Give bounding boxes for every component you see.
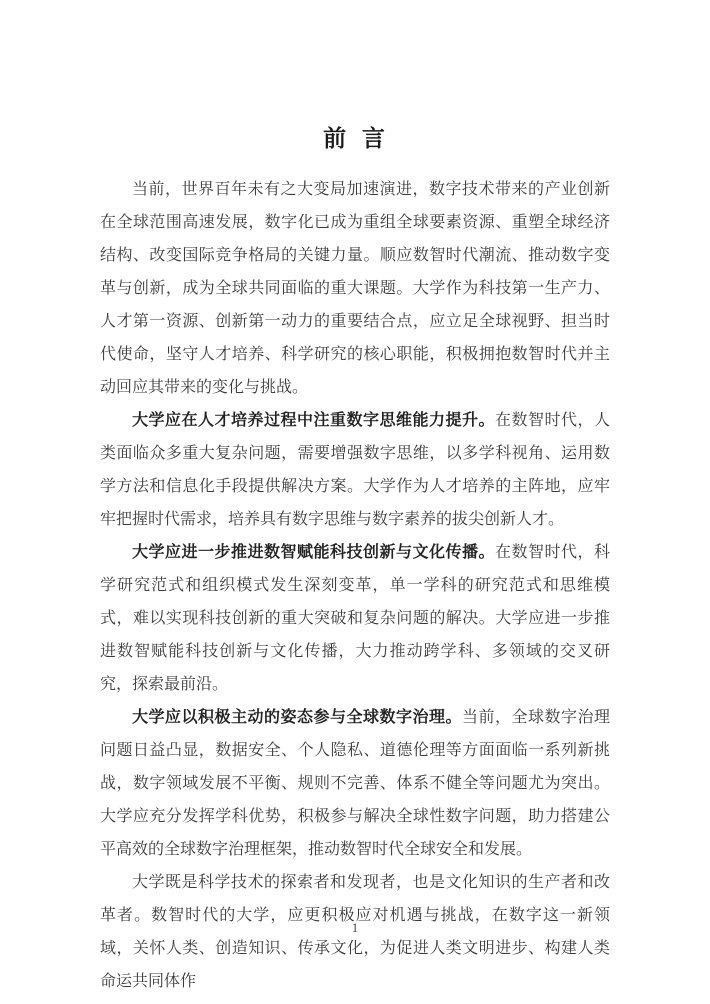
paragraph: 大学应在人才培养过程中注重数字思维能力提升。在数智时代，人类面临众多重大复杂问题… <box>100 404 610 536</box>
paragraph-lead: 大学应在人才培养过程中注重数字思维能力提升。 <box>132 412 495 429</box>
paragraph-text: 在数智时代，科学研究范式和组织模式发生深刻变革，单一学科的研究范式和思维模式，难… <box>100 544 610 693</box>
paragraph-text: 当前，全球数字治理问题日益凸显，数据安全、个人隐私、道德伦理等方面面临一系列新挑… <box>100 709 610 858</box>
paragraph: 当前，世界百年未有之大变局加速演进，数字技术带来的产业创新在全球范围高速发展，数… <box>100 173 610 404</box>
document-body: 当前，世界百年未有之大变局加速演进，数字技术带来的产业创新在全球范围高速发展，数… <box>100 173 610 998</box>
page-title: 前 言 <box>0 0 710 153</box>
paragraph-text: 在数智时代，人类面临众多重大复杂问题，需要增强数字思维，以多学科视角、运用数学方… <box>100 412 610 528</box>
paragraph-text: 当前，世界百年未有之大变局加速演进，数字技术带来的产业创新在全球范围高速发展，数… <box>100 181 610 396</box>
document-page: 前 言 当前，世界百年未有之大变局加速演进，数字技术带来的产业创新在全球范围高速… <box>0 0 710 1004</box>
page-number: 1 <box>0 920 710 936</box>
paragraph: 大学应以积极主动的姿态参与全球数字治理。当前，全球数字治理问题日益凸显，数据安全… <box>100 701 610 866</box>
paragraph-lead: 大学应以积极主动的姿态参与全球数字治理。 <box>132 709 462 726</box>
paragraph-lead: 大学应进一步推进数智赋能科技创新与文化传播。 <box>132 544 495 561</box>
paragraph: 大学应进一步推进数智赋能科技创新与文化传播。在数智时代，科学研究范式和组织模式发… <box>100 536 610 701</box>
